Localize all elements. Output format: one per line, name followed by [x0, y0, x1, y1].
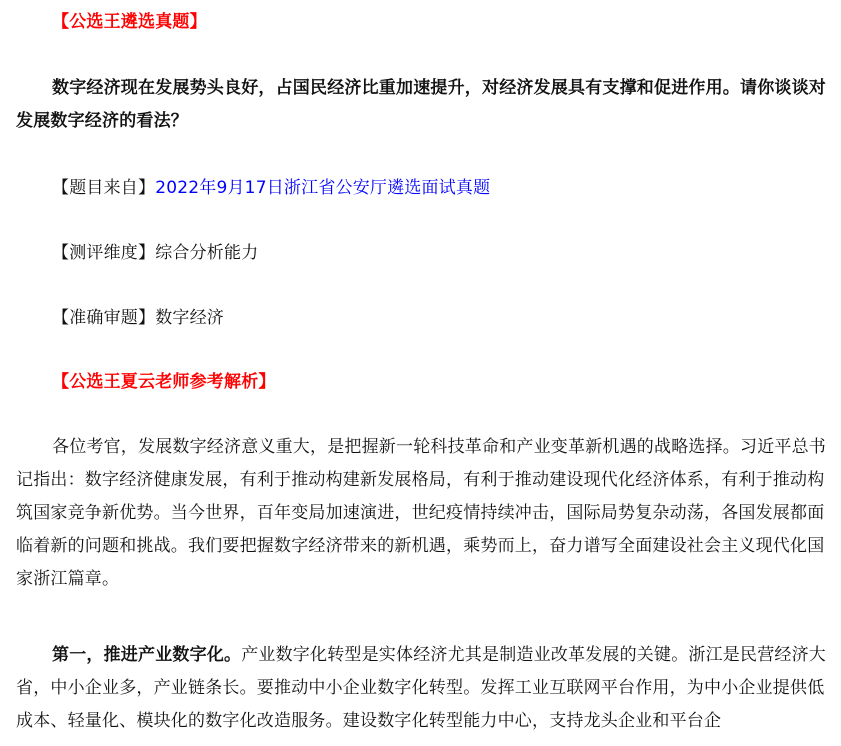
point-1-lead: 第一，推进产业数字化。	[52, 645, 241, 665]
meta-topic: 【准确审题】数字经济	[52, 302, 841, 335]
meta-source-value: 2022年9月17日浙江省公安厅遴选面试真题	[155, 178, 490, 198]
meta-dimension: 【测评维度】综合分析能力	[52, 237, 841, 270]
meta-dimension-label: 【测评维度】	[52, 243, 155, 263]
analysis-point-1-paragraph: 第一，推进产业数字化。产业数字化转型是实体经济尤其是制造业改革发展的关键。浙江是…	[16, 639, 828, 738]
meta-topic-label: 【准确审题】	[52, 308, 155, 328]
meta-topic-value: 数字经济	[155, 308, 224, 328]
analysis-intro-paragraph: 各位考官，发展数字经济意义重大，是把握新一轮科技革命和产业变革新机遇的战略选择。…	[16, 431, 828, 596]
meta-dimension-value: 综合分析能力	[155, 243, 258, 263]
interview-question: 数字经济现在发展势头良好，占国民经济比重加速提升，对经济发展具有支撑和促进作用。…	[16, 72, 828, 138]
meta-source-label: 【题目来自】	[52, 178, 155, 198]
meta-source: 【题目来自】2022年9月17日浙江省公安厅遴选面试真题	[52, 172, 841, 205]
heading-question-source: 【公选王遴选真题】	[52, 6, 841, 39]
document-page: 【公选王遴选真题】 数字经济现在发展势头良好，占国民经济比重加速提升，对经济发展…	[0, 0, 841, 746]
heading-analysis: 【公选王夏云老师参考解析】	[52, 366, 841, 399]
